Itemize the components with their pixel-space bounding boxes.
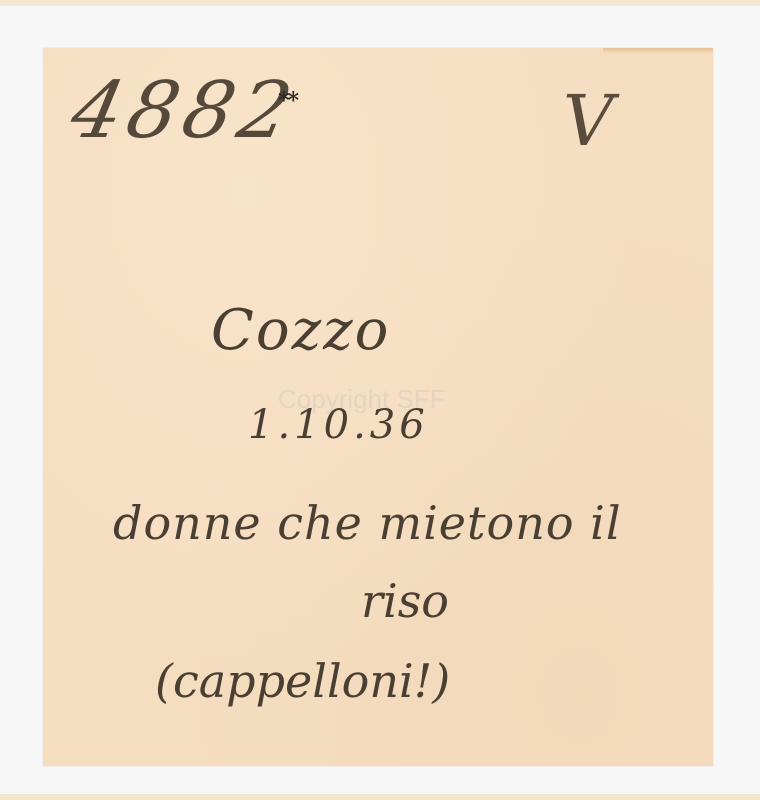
note-line-3: (cappelloni!) — [155, 654, 450, 708]
paper-stain — [603, 48, 713, 54]
corner-mark: V — [563, 80, 614, 162]
label-card: 4882 ** V Cozzo Copyright SFF 1.10.36 do… — [43, 48, 713, 766]
note-line-2: riso — [361, 574, 449, 628]
note-line-1: donne che mietono il — [113, 496, 622, 550]
bottom-edge-strip — [0, 794, 760, 800]
date: 1.10.36 — [248, 402, 429, 448]
catalog-asterisks: ** — [278, 88, 297, 114]
place-name: Cozzo — [211, 298, 390, 363]
catalog-number: 4882 — [63, 66, 305, 156]
